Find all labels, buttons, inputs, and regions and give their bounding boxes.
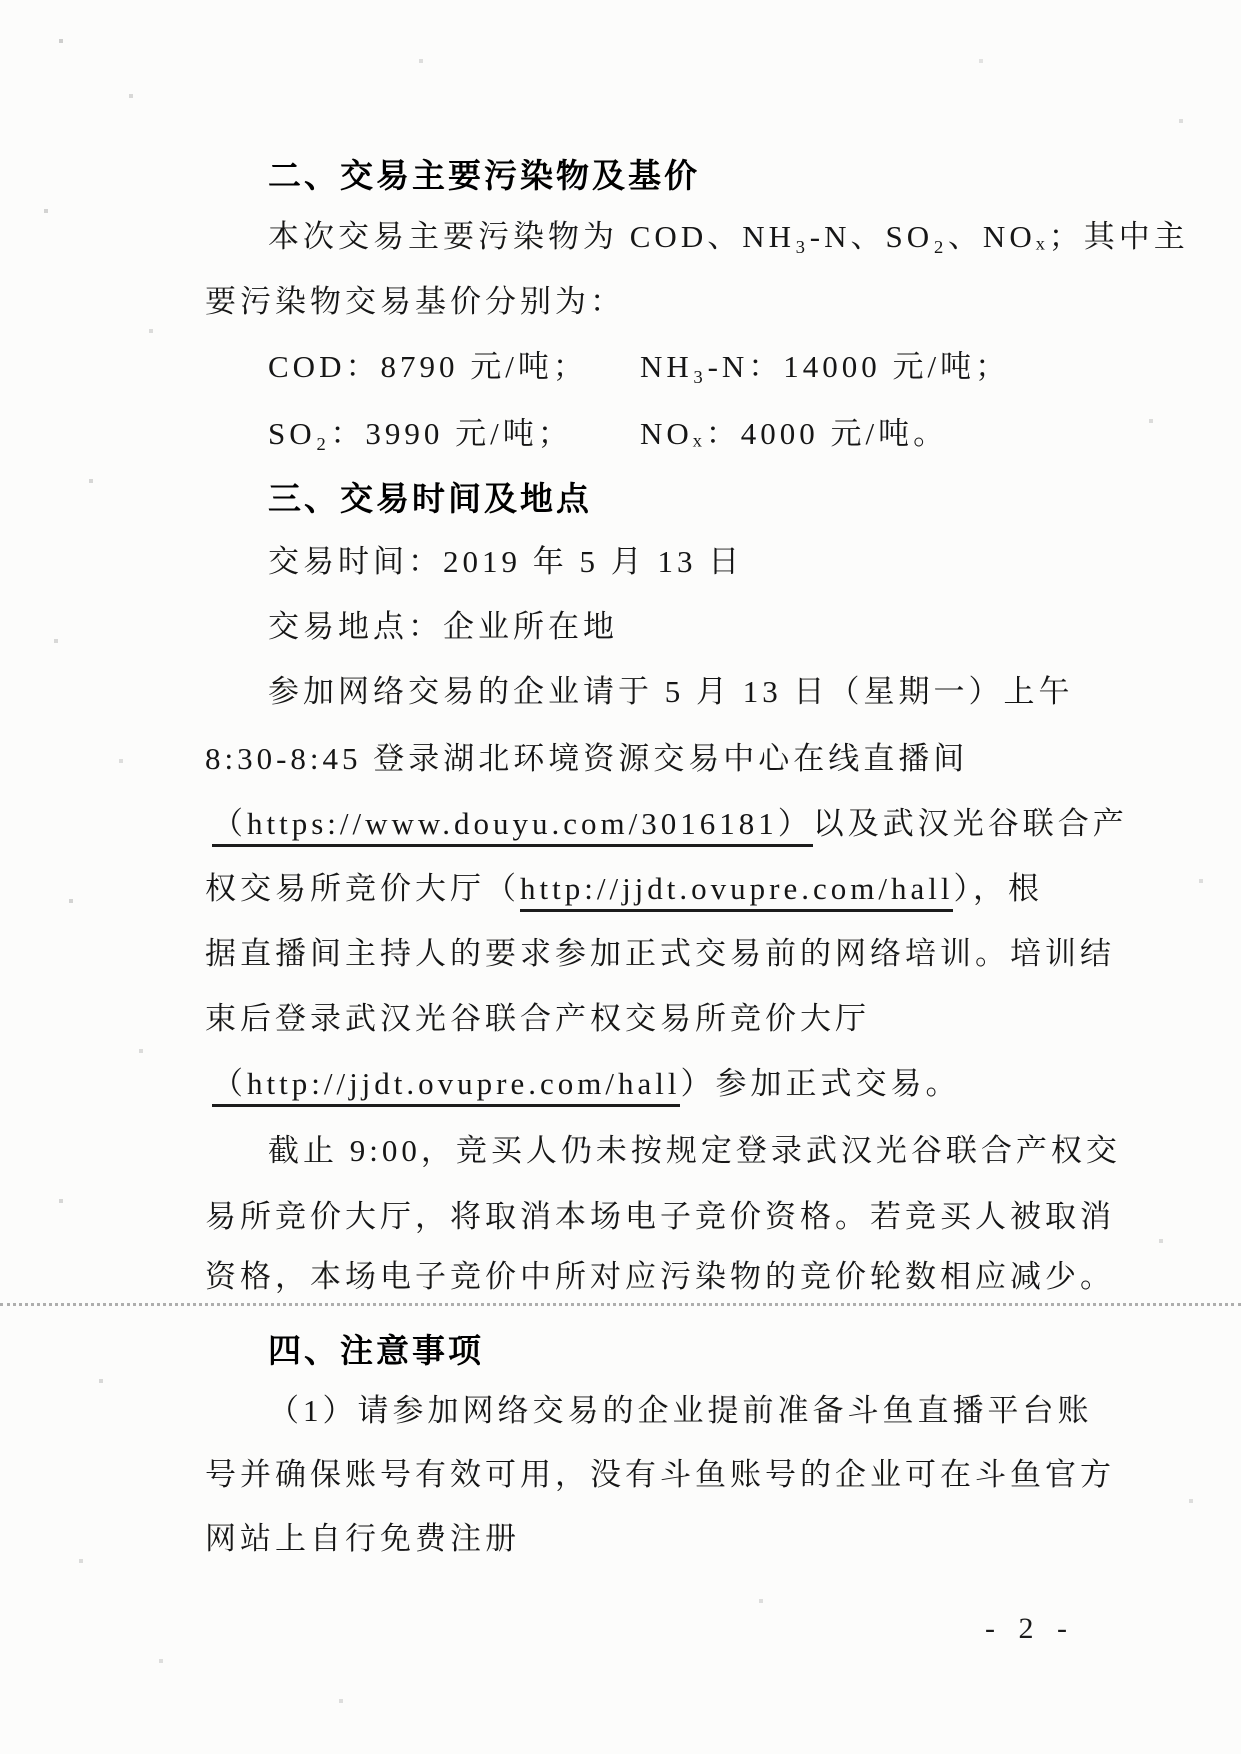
scanned-document-page: 二、交易主要污染物及基价本次交易主要污染物为 COD、NH₃-N、SO₂、NOₓ… bbox=[0, 0, 1241, 1754]
text-segment: 据直播间主持人的要求参加正式交易前的网络培训。培训结 bbox=[205, 936, 1115, 971]
text-segment: NH₃-N：14000 元/吨； bbox=[640, 348, 1010, 387]
text-line: 网站上自行免费注册 bbox=[205, 1520, 520, 1559]
text-segment: 参加网络交易的企业请于 5 月 13 日（星期一）上午 bbox=[268, 674, 1074, 709]
underlined-url-text: （http://jjdt.ovupre.com/hall bbox=[212, 1066, 680, 1107]
text-line: 据直播间主持人的要求参加正式交易前的网络培训。培训结 bbox=[205, 935, 1115, 974]
text-line: （https://www.douyu.com/3016181）以及武汉光谷联合产 bbox=[212, 805, 1128, 844]
text-segment: ），根 bbox=[953, 871, 1043, 906]
section-heading: 二、交易主要污染物及基价 bbox=[268, 155, 700, 196]
text-line: COD：8790 元/吨；NH₃-N：14000 元/吨； bbox=[268, 348, 588, 387]
text-segment: （1）请参加网络交易的企业提前准备斗鱼直播平台账 bbox=[268, 1393, 1093, 1428]
text-segment: 资格，本场电子竞价中所对应污染物的竞价轮数相应减少。 bbox=[205, 1259, 1115, 1294]
text-line: 号并确保账号有效可用，没有斗鱼账号的企业可在斗鱼官方 bbox=[205, 1456, 1115, 1495]
text-line: 束后登录武汉光谷联合产权交易所竞价大厅 bbox=[205, 1000, 870, 1039]
text-segment: 交易地点：企业所在地 bbox=[268, 609, 618, 644]
text-segment: 网站上自行免费注册 bbox=[205, 1521, 520, 1556]
page-number: - 2 - bbox=[985, 1612, 1075, 1646]
text-segment: 易所竞价大厅，将取消本场电子竞价资格。若竞买人被取消 bbox=[205, 1199, 1115, 1234]
text-segment: 二、交易主要污染物及基价 bbox=[268, 157, 700, 194]
text-segment: 8:30-8:45 登录湖北环境资源交易中心在线直播间 bbox=[205, 741, 968, 776]
text-line: 参加网络交易的企业请于 5 月 13 日（星期一）上午 bbox=[268, 673, 1074, 712]
text-line: 交易时间：2019 年 5 月 13 日 bbox=[268, 543, 743, 582]
text-segment: NOₓ：4000 元/吨。 bbox=[640, 415, 948, 454]
text-segment: 要污染物交易基价分别为： bbox=[205, 284, 625, 319]
text-segment: 以及武汉光谷联合产 bbox=[813, 806, 1128, 841]
text-line: 要污染物交易基价分别为： bbox=[205, 283, 625, 322]
text-line: 权交易所竞价大厅（http://jjdt.ovupre.com/hall），根 bbox=[205, 870, 1043, 909]
text-segment: SO₂：3990 元/吨； bbox=[268, 416, 573, 451]
text-line: （1）请参加网络交易的企业提前准备斗鱼直播平台账 bbox=[268, 1392, 1093, 1431]
text-line: 易所竞价大厅，将取消本场电子竞价资格。若竞买人被取消 bbox=[205, 1198, 1115, 1237]
text-line: 截止 9:00，竞买人仍未按规定登录武汉光谷联合产权交 bbox=[268, 1132, 1121, 1171]
underlined-url-text: http://jjdt.ovupre.com/hall bbox=[520, 871, 953, 912]
scan-artifact-dotted-line bbox=[0, 1303, 1241, 1306]
text-line: 资格，本场电子竞价中所对应污染物的竞价轮数相应减少。 bbox=[205, 1258, 1115, 1297]
text-segment: 四、注意事项 bbox=[268, 1332, 484, 1369]
text-segment: 交易时间：2019 年 5 月 13 日 bbox=[268, 544, 743, 579]
text-segment: 本次交易主要污染物为 COD、NH₃-N、SO₂、NOₓ；其中主 bbox=[268, 219, 1189, 254]
text-segment: 截止 9:00，竞买人仍未按规定登录武汉光谷联合产权交 bbox=[268, 1133, 1121, 1168]
text-segment: 号并确保账号有效可用，没有斗鱼账号的企业可在斗鱼官方 bbox=[205, 1457, 1115, 1492]
text-segment: 三、交易时间及地点 bbox=[268, 480, 592, 517]
text-line: 交易地点：企业所在地 bbox=[268, 608, 618, 647]
text-segment: ）参加正式交易。 bbox=[680, 1066, 960, 1101]
text-segment: COD：8790 元/吨； bbox=[268, 349, 588, 384]
text-line: SO₂：3990 元/吨；NOₓ：4000 元/吨。 bbox=[268, 415, 573, 454]
text-line: （http://jjdt.ovupre.com/hall）参加正式交易。 bbox=[212, 1065, 960, 1104]
scan-noise-specks bbox=[0, 0, 2, 2]
text-line: 8:30-8:45 登录湖北环境资源交易中心在线直播间 bbox=[205, 740, 968, 779]
text-segment: 束后登录武汉光谷联合产权交易所竞价大厅 bbox=[205, 1001, 870, 1036]
section-heading: 三、交易时间及地点 bbox=[268, 478, 592, 519]
section-heading: 四、注意事项 bbox=[268, 1330, 484, 1371]
text-segment: 权交易所竞价大厅（ bbox=[205, 871, 520, 906]
underlined-url-text: （https://www.douyu.com/3016181） bbox=[212, 806, 813, 847]
text-line: 本次交易主要污染物为 COD、NH₃-N、SO₂、NOₓ；其中主 bbox=[268, 218, 1189, 257]
